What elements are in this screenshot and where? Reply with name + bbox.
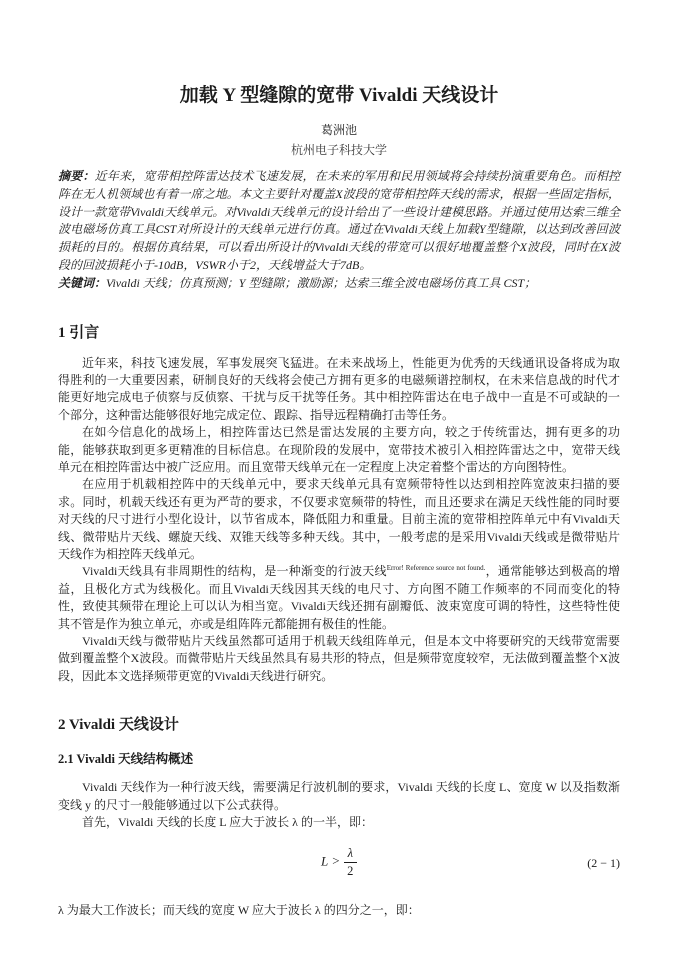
abstract-text: 近年来，宽带相控阵雷达技术飞速发展，在未来的军用和民用领域将会持续扮演重要角色。…	[58, 169, 620, 272]
section-1-paragraph-1: 近年来，科技飞速发展，军事发展突飞猛进。在未来战场上，性能更为优秀的天线通讯设备…	[58, 355, 620, 425]
equation-fraction: λ2	[344, 846, 357, 879]
section-2-heading: 2 Vivaldi 天线设计	[58, 715, 620, 735]
author-name: 葛洲池	[58, 122, 620, 138]
fraction-numerator: λ	[344, 846, 357, 863]
section-1-heading: 1 引言	[58, 323, 620, 343]
equation-2-1: L>λ2	[58, 846, 620, 879]
author-affiliation: 杭州电子科技大学	[58, 142, 620, 158]
paper-title: 加载 Y 型缝隙的宽带 Vivaldi 天线设计	[58, 84, 620, 108]
section-2-paragraph-1: Vivaldi 天线作为一种行波天线，需要满足行波机制的要求，Vivaldi 天…	[58, 779, 620, 814]
section-1-paragraph-2: 在如今信息化的战场上，相控阵雷达已然是雷达发展的主要方向，较之于传统雷达，拥有更…	[58, 424, 620, 476]
abstract-label: 摘要：	[58, 169, 95, 183]
paper-page: 加载 Y 型缝隙的宽带 Vivaldi 天线设计 葛洲池 杭州电子科技大学 摘要…	[0, 0, 678, 960]
section-1-paragraph-4: Vivaldi天线具有非周期性的结构，是一种渐变的行波天线Error! Refe…	[58, 563, 620, 633]
keywords-label: 关键词：	[58, 276, 106, 290]
equation-number: (2 − 1)	[587, 856, 620, 871]
keywords-paragraph: 关键词：Vivaldi 天线；仿真预测；Y 型缝隙；激励源；达索三维全波电磁场仿…	[58, 275, 620, 293]
paragraph-4-text-before: Vivaldi天线具有非周期性的结构，是一种渐变的行波天线	[82, 564, 387, 578]
abstract-paragraph: 摘要：近年来，宽带相控阵雷达技术飞速发展，在未来的军用和民用领域将会持续扮演重要…	[58, 168, 620, 275]
fraction-denominator: 2	[344, 863, 357, 879]
section-2-1-heading: 2.1 Vivaldi 天线结构概述	[58, 751, 620, 767]
section-1-paragraph-3: 在应用于机载相控阵中的天线单元中，要求天线单元具有宽频带特性以达到相控阵宽波束扫…	[58, 476, 620, 563]
section-2-paragraph-3: λ 为最大工作波长；而天线的宽度 W 应大于波长 λ 的四分之一，即：	[58, 902, 620, 919]
reference-error-superscript: Error! Reference source not found.	[387, 564, 486, 572]
equation-2-1-row: L>λ2 (2 − 1)	[58, 844, 620, 888]
equation-relation: >	[328, 853, 343, 868]
keywords-text: Vivaldi 天线；仿真预测；Y 型缝隙；激励源；达索三维全波电磁场仿真工具 …	[106, 276, 536, 290]
section-2-paragraph-2: 首先，Vivaldi 天线的长度 L 应大于波长 λ 的一半，即：	[58, 814, 620, 831]
section-1-paragraph-5: Vivaldi天线与微带贴片天线虽然都可适用于机载天线组阵单元，但是本文中将要研…	[58, 633, 620, 685]
